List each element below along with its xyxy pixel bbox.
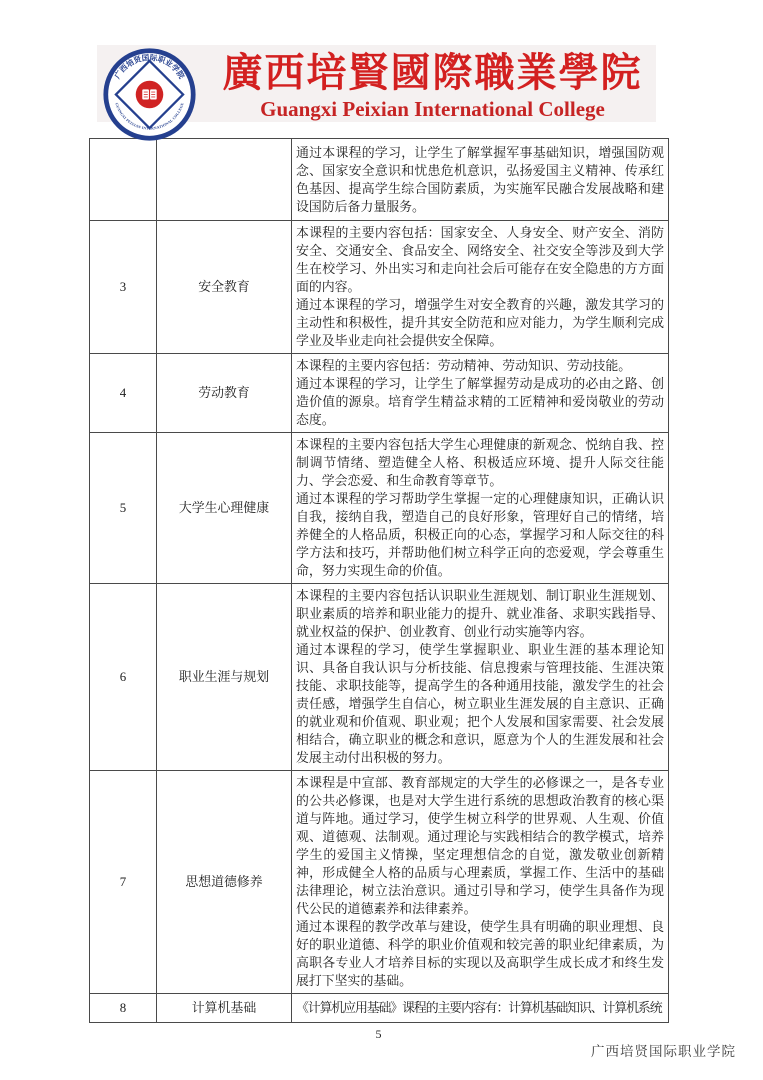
description-paragraph: 通过本课程的学习，使学生掌握职业、职业生涯的基本理论知识、具备自我认识与分析技能…: [296, 641, 664, 767]
college-seal-icon: 广西培贤国际职业学院 GUANGXI PEIXIAN INTERNATIONAL…: [102, 47, 197, 142]
table-row-labor-education: 4 劳动教育 本课程的主要内容包括：劳动精神、劳动知识、劳动技能。 通过本课程的…: [90, 354, 669, 433]
course-number-cell: [90, 139, 157, 221]
page-number: 5: [89, 1027, 668, 1042]
course-number-cell: 3: [90, 221, 157, 354]
course-number-cell: 4: [90, 354, 157, 433]
course-name-cell: 计算机基础: [157, 994, 292, 1023]
table-row-computer-basics: 8 计算机基础 《计算机应用基础》课程的主要内容有：计算机基础知识、计算机系统: [90, 994, 669, 1023]
course-name-cell: 安全教育: [157, 221, 292, 354]
course-number-cell: 7: [90, 771, 157, 994]
description-paragraph: 本课程的主要内容包括：国家安全、人身安全、财产安全、消防安全、交通安全、食品安全…: [296, 224, 664, 296]
course-description-cell: 本课程的主要内容包括：国家安全、人身安全、财产安全、消防安全、交通安全、食品安全…: [292, 221, 669, 354]
description-paragraph: 本课程的主要内容包括：劳动精神、劳动知识、劳动技能。: [296, 357, 664, 375]
course-number-cell: 8: [90, 994, 157, 1023]
course-description-cell: 本课程的主要内容包括：劳动精神、劳动知识、劳动技能。 通过本课程的学习，让学生了…: [292, 354, 669, 433]
course-description-cell: 本课程是中宣部、教育部规定的大学生的必修课之一，是各专业的公共必修课，也是对大学…: [292, 771, 669, 994]
description-paragraph: 通过本课程的学习，让学生了解掌握劳动是成功的必由之路、创造价值的源泉。培育学生精…: [296, 375, 664, 429]
course-name-cell: 思想道德修养: [157, 771, 292, 994]
table-row-safety-education: 3 安全教育 本课程的主要内容包括：国家安全、人身安全、财产安全、消防安全、交通…: [90, 221, 669, 354]
description-paragraph: 通过本课程的教学改革与建设，使学生具有明确的职业理想、良好的职业道德、科学的职业…: [296, 918, 664, 990]
college-name-calligraphy: 廣西培賢國際職業學院: [209, 45, 656, 97]
seal-center-disc: [136, 81, 164, 109]
description-paragraph: 本课程的主要内容包括大学生心理健康的新观念、悦纳自我、控制调节情绪、塑造健全人格…: [296, 436, 664, 490]
description-paragraph: 通过本课程的学习，增强学生对安全教育的兴趣，激发其学习的主动性和积极性，提升其安…: [296, 296, 664, 350]
college-header: 广西培贤国际职业学院 GUANGXI PEIXIAN INTERNATIONAL…: [97, 45, 656, 122]
course-number-cell: 5: [90, 433, 157, 584]
table-row-career-planning: 6 职业生涯与规划 本课程的主要内容包括认识职业生涯规划、制订职业生涯规划、职业…: [90, 584, 669, 771]
table-row-continuation: 通过本课程的学习，让学生了解掌握军事基础知识，增强国防观念、国家安全意识和忧患危…: [90, 139, 669, 221]
document-page: 广西培贤国际职业学院 GUANGXI PEIXIAN INTERNATIONAL…: [0, 0, 763, 1080]
table-row-mental-health: 5 大学生心理健康 本课程的主要内容包括大学生心理健康的新观念、悦纳自我、控制调…: [90, 433, 669, 584]
college-titles: 廣西培賢國際職業學院 Guangxi Peixian International…: [209, 45, 656, 122]
course-description-cell: 通过本课程的学习，让学生了解掌握军事基础知识，增强国防观念、国家安全意识和忧患危…: [292, 139, 669, 221]
description-paragraph: 通过本课程的学习帮助学生掌握一定的心理健康知识，正确认识自我，接纳自我，塑造自己…: [296, 490, 664, 580]
college-name-english: Guangxi Peixian International College: [209, 97, 656, 121]
course-description-cell: 本课程的主要内容包括大学生心理健康的新观念、悦纳自我、控制调节情绪、塑造健全人格…: [292, 433, 669, 584]
course-table: 通过本课程的学习，让学生了解掌握军事基础知识，增强国防观念、国家安全意识和忧患危…: [89, 138, 669, 1023]
description-paragraph: 通过本课程的学习，让学生了解掌握军事基础知识，增强国防观念、国家安全意识和忧患危…: [296, 144, 664, 216]
description-paragraph: 本课程是中宣部、教育部规定的大学生的必修课之一，是各专业的公共必修课，也是对大学…: [296, 774, 664, 918]
description-paragraph: 本课程的主要内容包括认识职业生涯规划、制订职业生涯规划、职业素质的培养和职业能力…: [296, 587, 664, 641]
course-number-cell: 6: [90, 584, 157, 771]
description-paragraph: 《计算机应用基础》课程的主要内容有：计算机基础知识、计算机系统: [296, 999, 664, 1017]
table-row-moral-cultivation: 7 思想道德修养 本课程是中宣部、教育部规定的大学生的必修课之一，是各专业的公共…: [90, 771, 669, 994]
course-name-cell: [157, 139, 292, 221]
course-name-cell: 大学生心理健康: [157, 433, 292, 584]
course-description-cell: 《计算机应用基础》课程的主要内容有：计算机基础知识、计算机系统: [292, 994, 669, 1023]
footer-college-name: 广西培贤国际职业学院: [591, 1040, 736, 1060]
course-name-cell: 劳动教育: [157, 354, 292, 433]
course-name-cell: 职业生涯与规划: [157, 584, 292, 771]
course-description-cell: 本课程的主要内容包括认识职业生涯规划、制订职业生涯规划、职业素质的培养和职业能力…: [292, 584, 669, 771]
